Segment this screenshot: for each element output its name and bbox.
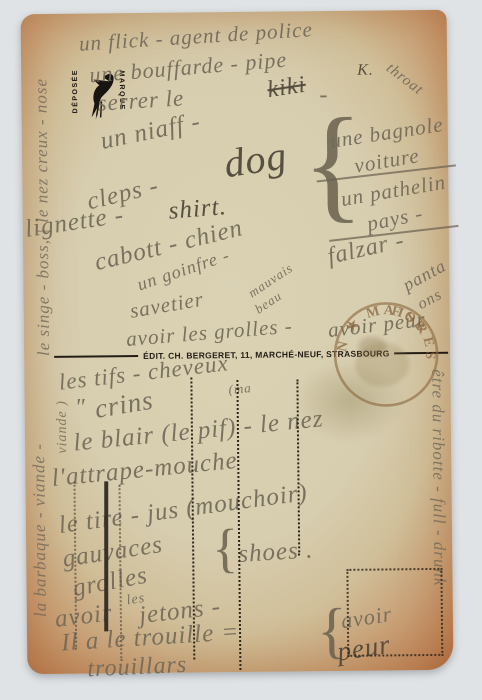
note-grolles-avoir: avoir les grolles -	[125, 316, 293, 350]
note-trouillars: trouillars	[87, 653, 188, 682]
note-shoes: shoes .	[237, 537, 313, 567]
scanned-photo: DÉPOSÉE MARQUE le singe - boss, | le nez…	[0, 0, 482, 700]
postcard-back: DÉPOSÉE MARQUE le singe - boss, | le nez…	[21, 10, 454, 674]
note-bouffarde: une bouffarde - pipe	[89, 49, 288, 87]
note-k-abbrev: K.	[357, 63, 374, 79]
brace-shoes: {	[212, 526, 239, 572]
divider-rule-left	[54, 355, 138, 358]
note-tire-jus: le tire - jus (mouchoir)	[57, 480, 309, 538]
note-ma-small: (ma	[228, 381, 252, 396]
note-ditto-mark: "	[75, 396, 86, 420]
note-gauvaces: gauvaces	[61, 532, 165, 572]
note-dog: dog	[221, 135, 289, 184]
margin-note-left-bottom: la barbaque - viande -	[29, 410, 52, 650]
note-serrer-le: serrer le	[97, 86, 185, 114]
pencil-vertical-stroke	[104, 481, 108, 631]
stamp-box	[346, 568, 443, 657]
note-throat: throat	[383, 61, 426, 99]
note-crins: crins	[93, 386, 156, 422]
margin-note-left-bottom-inner: viande )	[54, 382, 71, 472]
logo-deposee-label: DÉPOSÉE	[72, 69, 79, 113]
postmark-stamp: N ★ MAISB FORES	[321, 290, 450, 419]
